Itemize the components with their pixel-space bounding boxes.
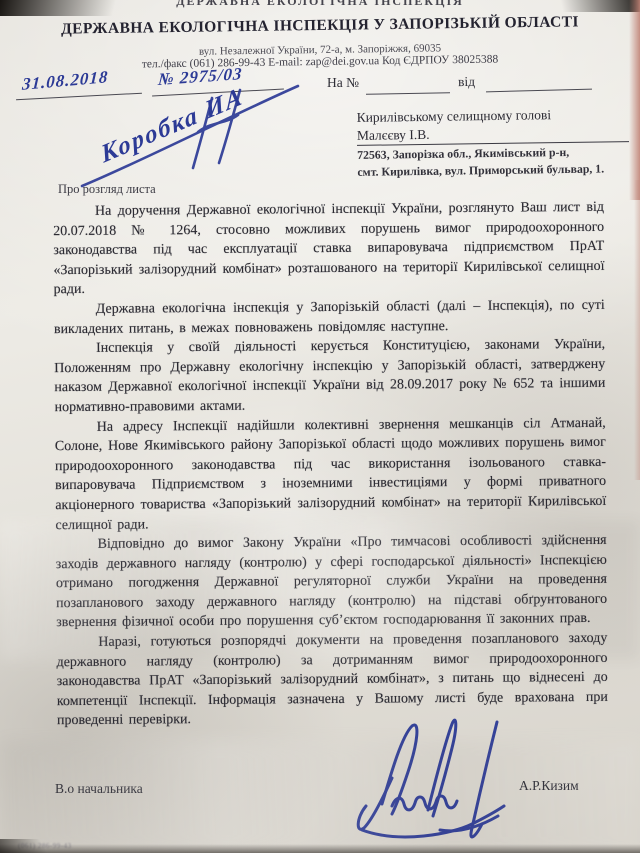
addressee-title: Кирилівському селищному голові <box>357 106 629 126</box>
signatory-name: А.Р.Кизим <box>519 778 579 794</box>
executor-line: (061) 286-99-43 <box>18 842 72 850</box>
addressee-address-line1: 72563, Запорізка обл., Якимівський р-н, <box>357 144 629 163</box>
addressee-block: Кирилівському селищному голові Малєєву І… <box>357 106 630 180</box>
incoming-number-label: На № <box>327 75 359 91</box>
letter-body: На доручення Державної екологічної інспе… <box>53 198 608 731</box>
body-paragraph: На доручення Державної екологічної інспе… <box>53 198 605 300</box>
document-photo: ДЕРЖАВНА ЕКОЛОГІЧНА ІНСПЕКЦІЯ ДЕРЖАВНА Е… <box>0 0 640 853</box>
body-paragraph: На адресу Інспекції надійшли колективні … <box>55 413 607 535</box>
signatory-position: В.о начальника <box>55 781 143 797</box>
incoming-date-label: від <box>458 74 475 90</box>
body-paragraph: Відповідно до вимог Закону України «Про … <box>56 531 608 633</box>
letterhead-clipped-line: ДЕРЖАВНА ЕКОЛОГІЧНА ІНСПЕКЦІЯ <box>0 0 640 9</box>
body-paragraph: Інспекція у своїй діяльності керується К… <box>54 335 606 418</box>
body-paragraph: Державна екологічна інспекція у Запорізь… <box>54 296 605 340</box>
subject-line: Про розгляд листа <box>58 182 156 197</box>
body-paragraph: Наразі, готуються розпорядчі документи н… <box>56 629 608 731</box>
addressee-name: Малєєву І.В. <box>357 124 629 146</box>
